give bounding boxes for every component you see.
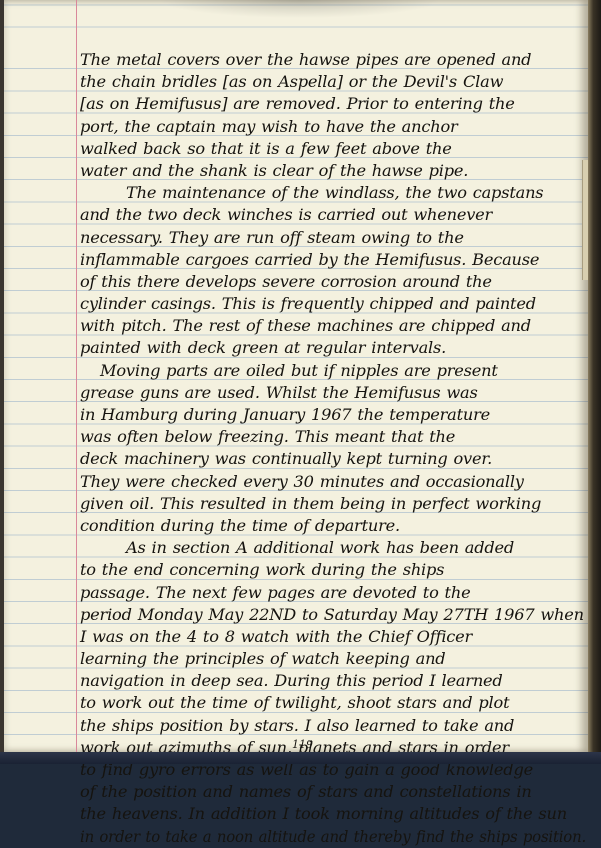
text-line: to work out the time of twilight, shoot … <box>80 692 586 714</box>
text-line: period Monday May 22ND to Saturday May 2… <box>80 604 586 626</box>
text-line: navigation in deep sea. During this peri… <box>80 670 586 692</box>
text-line: [as on Hemifusus] are removed. Prior to … <box>80 93 586 115</box>
page-number: 119 <box>292 738 313 751</box>
text-line: port, the captain may wish to have the a… <box>80 116 586 138</box>
text-line: with pitch. The rest of these machines a… <box>80 315 586 337</box>
text-line: condition during the time of departure. <box>80 515 586 537</box>
text-line: deck machinery was continually kept turn… <box>80 448 586 470</box>
text-line: painted with deck green at regular inter… <box>80 337 586 359</box>
text-line: The maintenance of the windlass, the two… <box>80 182 586 204</box>
page-bottom-edge <box>0 752 601 764</box>
text-line: the ships position by stars. I also lear… <box>80 715 586 737</box>
text-line: I was on the 4 to 8 watch with the Chief… <box>80 626 586 648</box>
text-line: As in section A additional work has been… <box>80 537 586 559</box>
text-line: to the end concerning work during the sh… <box>80 559 586 581</box>
text-line: the chain bridles [as on Aspella] or the… <box>80 71 586 93</box>
text-line: given oil. This resulted in them being i… <box>80 493 586 515</box>
text-line: learning the principles of watch keeping… <box>80 648 586 670</box>
text-line: walked back so that it is a few feet abo… <box>80 138 586 160</box>
text-line: and the two deck winches is carried out … <box>80 204 586 226</box>
text-line: inflammable cargoes carried by the Hemif… <box>80 249 586 271</box>
text-line: was often below freezing. This meant tha… <box>80 426 586 448</box>
text-line: The metal covers over the hawse pipes ar… <box>80 49 586 71</box>
text-line: necessary. They are run off steam owing … <box>80 227 586 249</box>
text-line: in Hamburg during January 1967 the tempe… <box>80 404 586 426</box>
text-line: of this there develops severe corrosion … <box>80 271 586 293</box>
handwritten-text: The metal covers over the hawse pipes ar… <box>80 49 586 764</box>
text-line: grease guns are used. Whilst the Hemifus… <box>80 382 586 404</box>
text-line: cylinder casings. This is frequently chi… <box>80 293 586 315</box>
margin-rule <box>76 0 77 752</box>
text-line: water and the shank is clear of the haws… <box>80 160 586 182</box>
text-line: passage. The next few pages are devoted … <box>80 582 586 604</box>
page-left-edge <box>0 0 4 752</box>
text-line: They were checked every 30 minutes and o… <box>80 471 586 493</box>
notebook-binding <box>588 0 601 764</box>
notebook-page: The metal covers over the hawse pipes ar… <box>0 0 588 752</box>
text-line: Moving parts are oiled but if nipples ar… <box>80 360 586 382</box>
